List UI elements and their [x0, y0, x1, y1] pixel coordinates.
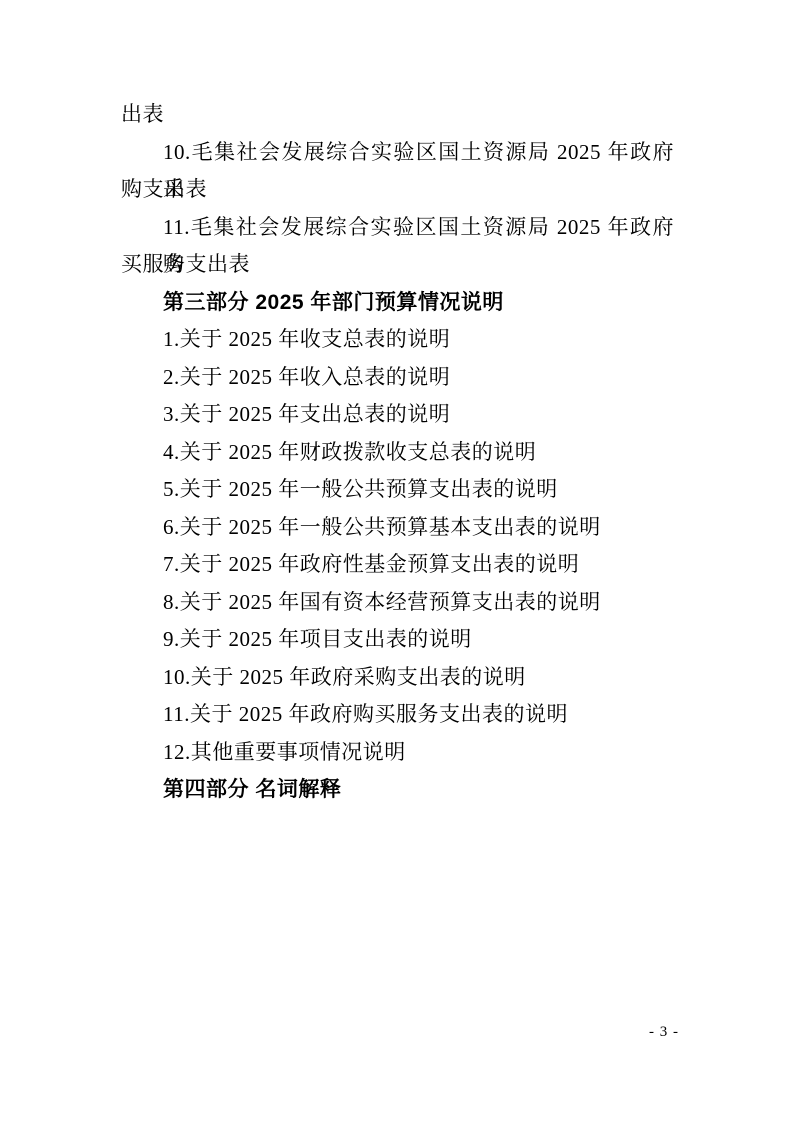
toc-item-note-12: 12.其他重要事项情况说明: [121, 734, 674, 772]
toc-item-note-2: 2.关于 2025 年收入总表的说明: [121, 359, 674, 397]
toc-item-note-4: 4.关于 2025 年财政拨款收支总表的说明: [121, 434, 674, 472]
toc-continuation-line: 买服务支出表: [121, 246, 674, 284]
toc-continuation-line: 购支出表: [121, 171, 674, 209]
toc-item-note-9: 9.关于 2025 年项目支出表的说明: [121, 621, 674, 659]
part4-heading: 第四部分 名词解释: [121, 771, 674, 809]
toc-item-note-1: 1.关于 2025 年收支总表的说明: [121, 321, 674, 359]
toc-item-note-10: 10.关于 2025 年政府采购支出表的说明: [121, 659, 674, 697]
document-page: 出表 10.毛集社会发展综合实验区国土资源局 2025 年政府采 购支出表 11…: [0, 0, 794, 1122]
toc-content: 出表 10.毛集社会发展综合实验区国土资源局 2025 年政府采 购支出表 11…: [121, 96, 674, 809]
toc-item-note-6: 6.关于 2025 年一般公共预算基本支出表的说明: [121, 509, 674, 547]
toc-continuation-line: 出表: [121, 96, 674, 134]
toc-item-note-3: 3.关于 2025 年支出总表的说明: [121, 396, 674, 434]
page-number: - 3 -: [649, 1024, 679, 1041]
toc-item-note-8: 8.关于 2025 年国有资本经营预算支出表的说明: [121, 584, 674, 622]
toc-item-note-5: 5.关于 2025 年一般公共预算支出表的说明: [121, 471, 674, 509]
toc-item-table-11: 11.毛集社会发展综合实验区国土资源局 2025 年政府购: [121, 209, 674, 247]
toc-item-note-11: 11.关于 2025 年政府购买服务支出表的说明: [121, 696, 674, 734]
toc-item-table-10: 10.毛集社会发展综合实验区国土资源局 2025 年政府采: [121, 134, 674, 172]
part3-heading: 第三部分 2025 年部门预算情况说明: [121, 284, 674, 322]
toc-item-note-7: 7.关于 2025 年政府性基金预算支出表的说明: [121, 546, 674, 584]
